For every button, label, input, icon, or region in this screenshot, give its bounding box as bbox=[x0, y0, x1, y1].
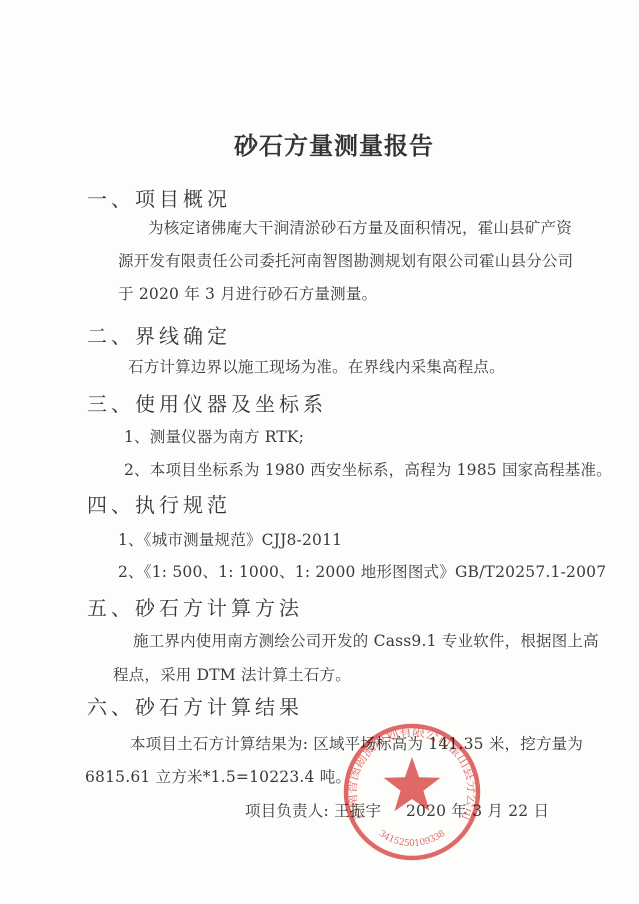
signer-name: 项目负责人: 王振宇 bbox=[245, 802, 381, 821]
paragraph-line: 为核定诸佛庵大干涧清淤砂石方量及面积情况，霍山县矿产资 bbox=[148, 219, 572, 238]
list-item: 2、本项目坐标系为 1980 西安坐标系，高程为 1985 国家高程基准。 bbox=[124, 461, 612, 480]
document-page: 砂石方量测量报告 一、项目概况 为核定诸佛庵大干涧清淤砂石方量及面积情况，霍山县… bbox=[0, 0, 639, 904]
paragraph-line: 施工界内使用南方测绘公司开发的 Cass9.1 专业软件，根据图上高 bbox=[133, 632, 599, 651]
list-item: 1、测量仪器为南方 RTK; bbox=[124, 428, 304, 447]
list-item: 1、《城市测量规范》CJJ8-2011 bbox=[118, 531, 342, 550]
seal-number-text: 3415250109338 bbox=[377, 829, 448, 849]
paragraph-line: 本项目土石方计算结果为: 区域平场标高为 141.35 米，挖方量为 bbox=[130, 735, 583, 754]
paragraph-line: 6815.61 立方米*1.5=10223.4 吨。 bbox=[85, 768, 351, 787]
paragraph-line: 源开发有限责任公司委托河南智图勘测规划有限公司霍山县分公司 bbox=[118, 252, 573, 271]
report-title: 砂石方量测量报告 bbox=[234, 131, 434, 161]
section-heading-4: 四、执行规范 bbox=[87, 493, 231, 518]
report-date: 2020 年 3 月 22 日 bbox=[406, 802, 549, 821]
paragraph-line: 程点，采用 DTM 法计算土石方。 bbox=[113, 666, 351, 685]
section-heading-2: 二、界线确定 bbox=[87, 324, 231, 349]
paragraph-line: 于 2020 年 3 月进行砂石方量测量。 bbox=[118, 285, 377, 304]
list-item: 2、《1: 500、1: 1000、1: 2000 地形图图式》GB/T2025… bbox=[118, 563, 606, 582]
paragraph-line: 石方计算边界以施工现场为准。在界线内采集高程点。 bbox=[128, 358, 505, 377]
section-heading-5: 五、砂石方计算方法 bbox=[87, 596, 303, 621]
section-heading-3: 三、使用仪器及坐标系 bbox=[87, 392, 327, 417]
section-heading-1: 一、项目概况 bbox=[87, 187, 231, 212]
section-heading-6: 六、砂石方计算结果 bbox=[87, 695, 303, 720]
